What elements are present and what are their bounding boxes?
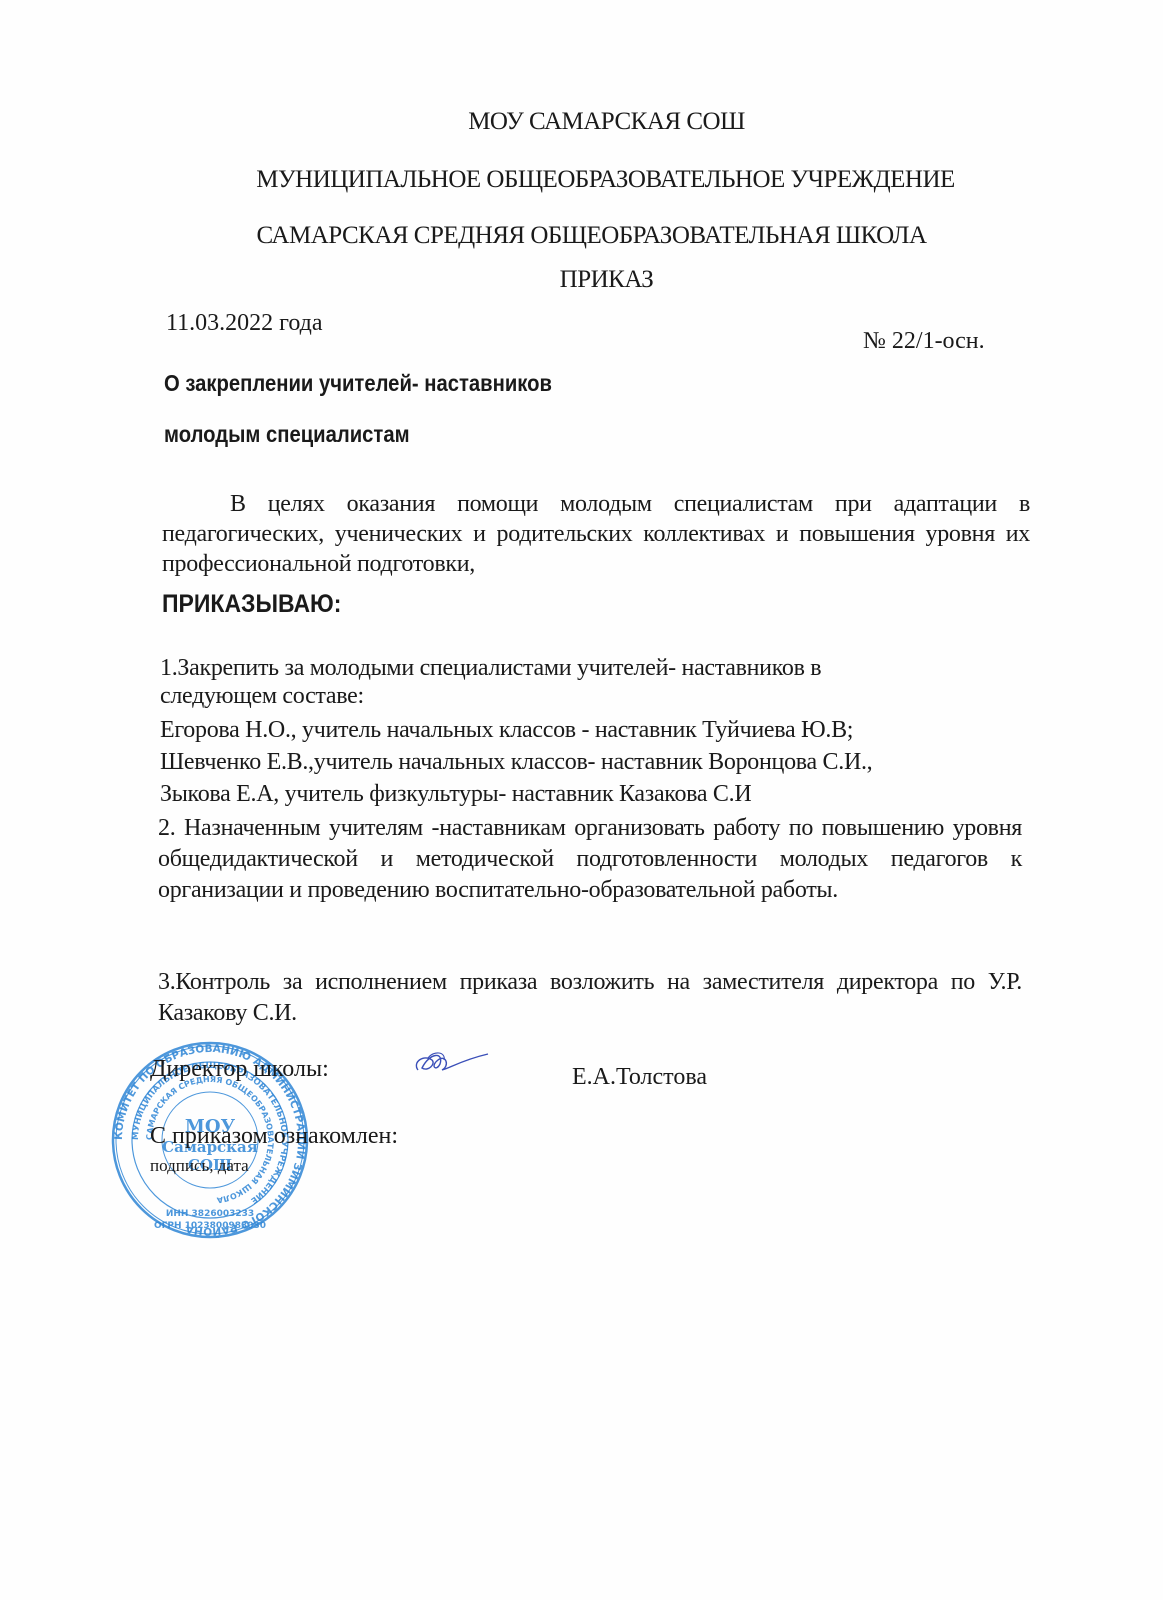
subject-line-1: О закреплении учителей- наставников <box>164 370 552 397</box>
acquainted-label: С приказом ознакомлен: <box>150 1123 398 1150</box>
document-page: МОУ САМАРСКАЯ СОШ МУНИЦИПАЛЬНОЕ ОБЩЕОБРА… <box>0 0 1163 1600</box>
header-institution-type: МУНИЦИПАЛЬНОЕ ОБЩЕОБРАЗОВАТЕЛЬНОЕ УЧРЕЖД… <box>48 166 1163 194</box>
svg-text:ИНН 3826003233: ИНН 3826003233 <box>166 1209 254 1219</box>
item-1-line-1: 1.Закрепить за молодыми специалистами уч… <box>160 655 821 682</box>
assignment-row: Шевченко Е.В.,учитель начальных классов-… <box>160 749 872 776</box>
preamble-paragraph: В целях оказания помощи молодым специали… <box>162 489 1030 579</box>
header-school-full: САМАРСКАЯ СРЕДНЯЯ ОБЩЕОБРАЗОВАТЕЛЬНАЯ ШК… <box>20 222 1163 250</box>
director-label: Директор школы: <box>150 1056 329 1083</box>
sign-date-label: подпись, дата <box>150 1156 249 1176</box>
assignment-row: Зыкова Е.А, учитель физкультуры- наставн… <box>160 781 751 808</box>
item-3-paragraph: 3.Контроль за исполнением приказа возлож… <box>158 967 1022 1029</box>
order-word: ПРИКАЗЫВАЮ: <box>162 590 341 619</box>
item-2-paragraph: 2. Назначенным учителям -наставникам орг… <box>158 813 1022 906</box>
assignment-row: Егорова Н.О., учитель начальных классов … <box>160 717 853 744</box>
order-date: 11.03.2022 года <box>166 310 323 337</box>
svg-text:ОГРН 1023800983030: ОГРН 1023800983030 <box>154 1221 266 1231</box>
header-doc-type: ПРИКАЗ <box>50 266 1163 294</box>
director-name: Е.А.Толстова <box>572 1064 707 1091</box>
subject-line-2: молодым специалистам <box>164 421 410 448</box>
handwritten-signature-icon <box>410 1040 490 1080</box>
header-school-short: МОУ САМАРСКАЯ СОШ <box>50 108 1163 136</box>
item-1-line-2: следующем составе: <box>160 683 364 710</box>
order-number: № 22/1-осн. <box>863 328 985 355</box>
